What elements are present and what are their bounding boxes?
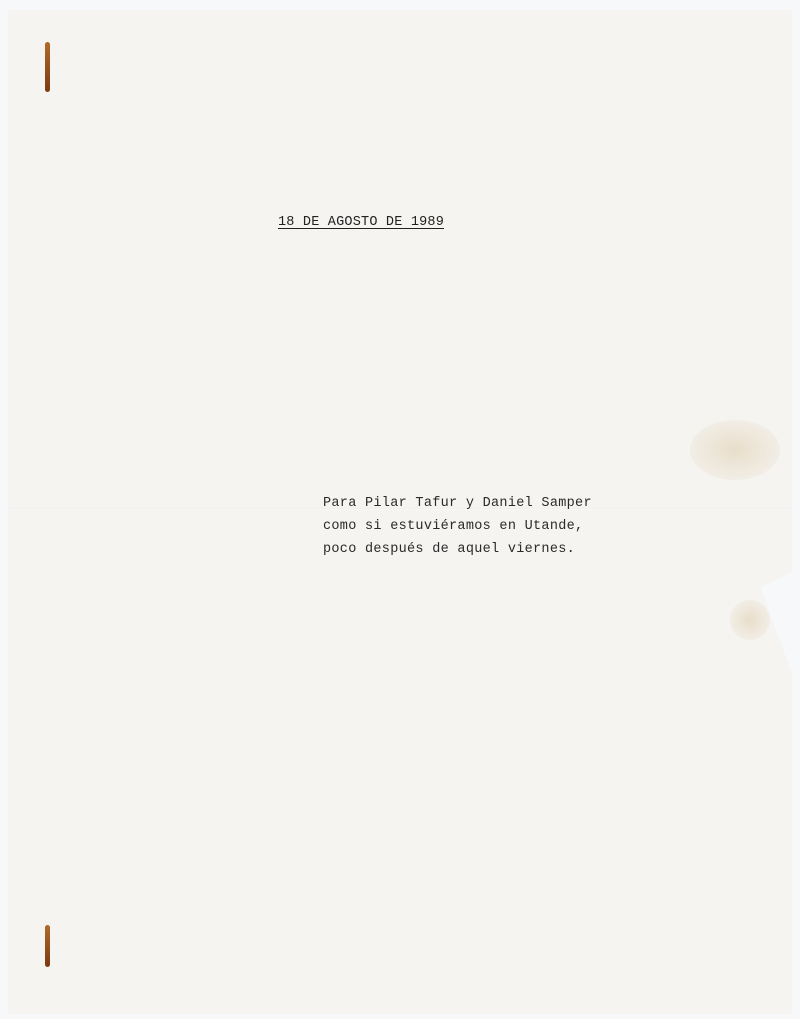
dedication-line: poco después de aquel viernes.	[323, 538, 592, 561]
paper-stain	[730, 600, 770, 640]
staple-rust-mark-bottom	[45, 925, 50, 967]
dedication-line: como si estuviéramos en Utande,	[323, 515, 592, 538]
paper-stain	[690, 420, 780, 480]
dedication: Para Pilar Tafur y Daniel Samper como si…	[323, 492, 592, 561]
staple-rust-mark-top	[45, 42, 50, 92]
dedication-line: Para Pilar Tafur y Daniel Samper	[323, 492, 592, 515]
date-heading: 18 DE AGOSTO DE 1989	[278, 215, 444, 230]
